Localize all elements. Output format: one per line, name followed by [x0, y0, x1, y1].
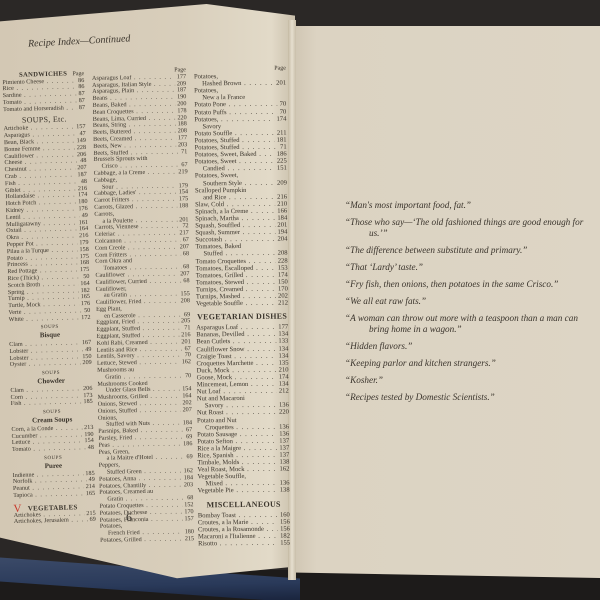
- index-entry: Risotto155: [198, 540, 290, 548]
- index-column-2: Page Asparagus Loaf177Asparagus, Italian…: [92, 67, 194, 544]
- entry-page-number: 201: [274, 80, 286, 87]
- entry-name: Peas: [98, 441, 181, 449]
- quote: “Those who say—‘The old fashioned things…: [345, 217, 595, 239]
- entry-page-number: 185: [81, 399, 92, 406]
- entry-page-number: 69: [88, 517, 96, 524]
- vegetables-continued-list-2: Potatoes,Hashed Brown201Potatoes,New a l…: [194, 73, 288, 308]
- entry-page-number: 71: [179, 149, 187, 156]
- entry-page-number: 70: [278, 108, 287, 115]
- quote: “That ‘Lardy’ taste.”: [345, 262, 595, 273]
- quote: “Kosher.”: [345, 375, 595, 386]
- section-heading-chowder: Chowder: [10, 377, 92, 386]
- index-entry: Fish185: [11, 399, 93, 408]
- entry-page-number: 209: [80, 360, 91, 367]
- entry-page-number: 174: [274, 115, 286, 122]
- entry-page-number: 162: [180, 359, 191, 366]
- miscellaneous-list: Bombay Toast160Croutes, a la Marie156Cro…: [198, 511, 290, 547]
- entry-name: Hashed Brown: [194, 80, 274, 88]
- index-entry: Tomato48: [12, 445, 94, 454]
- index-entry: Tomato and Horseradish87: [3, 105, 85, 114]
- entry-name: Fish: [11, 400, 82, 409]
- index-entry: Oyster209: [10, 360, 92, 369]
- entry-name: Vegetable Souffle: [196, 300, 276, 308]
- section-heading-bisque: Bisque: [9, 331, 91, 340]
- entry-page-number: 48: [86, 445, 94, 452]
- entry-name: Tomato and Horseradish: [3, 105, 77, 114]
- entry-page-number: 203: [182, 482, 193, 489]
- entry-page-number: 87: [77, 105, 85, 112]
- section-heading-cream-soups: Cream Soups: [11, 416, 93, 425]
- entry-name: Potatoes, Franconia: [100, 516, 183, 524]
- entry-page-number: 70: [183, 373, 191, 380]
- index-entry: Hashed Brown201: [194, 80, 286, 88]
- quotes-block: “Man's most important food, fat.”“Those …: [345, 200, 595, 409]
- quote: “Recipes tested by Domestic Scientists.”: [345, 392, 595, 403]
- index-column-1: SANDWICHES Page Pimiento Cheese86Rice86S…: [2, 69, 96, 526]
- entry-page-number: 162: [278, 466, 290, 473]
- entry-page-number: 186: [181, 441, 192, 448]
- puree-list: Indienne185Norfolk49Peanut214Tapioca165: [13, 470, 96, 499]
- entry-name: Vegetable Pie: [198, 487, 278, 495]
- quote: “Keeping parlor and kitchen strangers.”: [345, 358, 595, 369]
- quote: “Fry fish, then onions, then potatoes in…: [345, 279, 595, 290]
- quote: “The difference between substitute and p…: [345, 245, 595, 256]
- entry-name: Cauliflower, Fried: [96, 298, 179, 306]
- index-entry: White172: [8, 315, 90, 324]
- entry-page-number: 138: [278, 487, 290, 494]
- entry-page-number: 68: [181, 278, 189, 285]
- entry-page-number: 209: [275, 179, 287, 186]
- index-entry: Nut Roast220: [197, 409, 289, 417]
- entry-page-number: 68: [181, 251, 189, 258]
- entry-name: Risotto: [198, 540, 278, 548]
- entry-name: Potatoes, Grilled: [100, 536, 183, 544]
- quotes-list: “Man's most important food, fat.”“Those …: [345, 200, 595, 403]
- entry-page-number: 219: [176, 169, 187, 176]
- entry-page-number: 155: [278, 540, 290, 547]
- cream-soups-list: Corn, a la Conde213Cucumber190Lettuce154…: [11, 425, 94, 454]
- section-heading-puree: Puree: [12, 462, 94, 471]
- section-heading-miscellaneous: MISCELLANEOUS: [198, 500, 290, 508]
- entry-page-number: 151: [275, 165, 287, 172]
- entry-page-number: 188: [177, 203, 188, 210]
- index-entry: Succotash204: [195, 236, 287, 244]
- entry-name: Tomato: [12, 445, 86, 454]
- entry-name: Lettuce, Stewed: [97, 360, 180, 368]
- entry-page-number: 165: [84, 491, 95, 498]
- quote: “Hidden flavors.”: [345, 341, 595, 352]
- entry-name: Nut Roast: [197, 409, 277, 417]
- entry-name: Oyster: [10, 361, 81, 370]
- vegetables-continued-list: Asparagus Loaf177Asparagus, Italian Styl…: [92, 74, 194, 545]
- entry-page-number: 70: [278, 101, 287, 108]
- entry-page-number: 204: [275, 236, 287, 243]
- index-entry: Potatoes,174: [194, 115, 286, 123]
- chowder-list: Clam206Corn173Fish185: [10, 386, 93, 409]
- entry-name: Cabbage, a la Creme: [94, 169, 177, 177]
- entry-page-number: 208: [179, 298, 190, 305]
- quote: “A woman can throw out more with a teasp…: [345, 313, 595, 335]
- entry-page-number: 157: [182, 516, 193, 523]
- index-column-3: Page Potatoes,Hashed Brown201Potatoes,Ne…: [194, 66, 290, 548]
- entry-page-number: 69: [184, 455, 192, 462]
- entry-name: Tapioca: [13, 491, 84, 500]
- entry-page-number: 215: [183, 536, 194, 543]
- section-heading-soups: SOUPS, Etc.: [3, 116, 85, 125]
- vegetarian-list: Asparagus Loaf177Bananas, Devilled134Bea…: [196, 324, 289, 495]
- soups-list: Artichoke157Asparagus47Bean, Black149Bon…: [4, 124, 91, 323]
- index-entry: Tapioca165: [13, 491, 95, 500]
- entry-page-number: 207: [180, 407, 191, 414]
- index-entry: Vegetable Souffle212: [196, 300, 288, 308]
- bisque-list: Clam167Lobster49Lobster150Oyster209: [9, 340, 92, 369]
- entry-name: White: [8, 315, 79, 324]
- section-heading-vegetarian: VEGETARIAN DISHES: [196, 313, 288, 321]
- entry-name: Onions, Stuffed: [98, 407, 181, 415]
- index-entry: Candied151: [195, 165, 287, 173]
- entry-page-number: 212: [277, 388, 289, 395]
- index-entry: Vegetable Pie138: [198, 487, 290, 495]
- entry-name: Potatoes,: [194, 115, 274, 123]
- entry-page-number: 220: [277, 409, 289, 416]
- entry-page-number: 172: [79, 315, 90, 322]
- quote: “We all eat raw fats.”: [345, 296, 595, 307]
- entry-page-number: 212: [276, 300, 288, 307]
- entry-page-number: 71: [278, 144, 287, 151]
- page-number: 6: [126, 510, 132, 525]
- quote: “Man's most important food, fat.”: [345, 200, 595, 211]
- vegetables-list: Artichokes215Artichokes, Jerusalem69: [14, 510, 96, 526]
- entry-name: Carrots, Glazed: [94, 203, 177, 211]
- sandwiches-list: Pimiento Cheese86Rice86Sardine87Tomato87…: [2, 78, 85, 114]
